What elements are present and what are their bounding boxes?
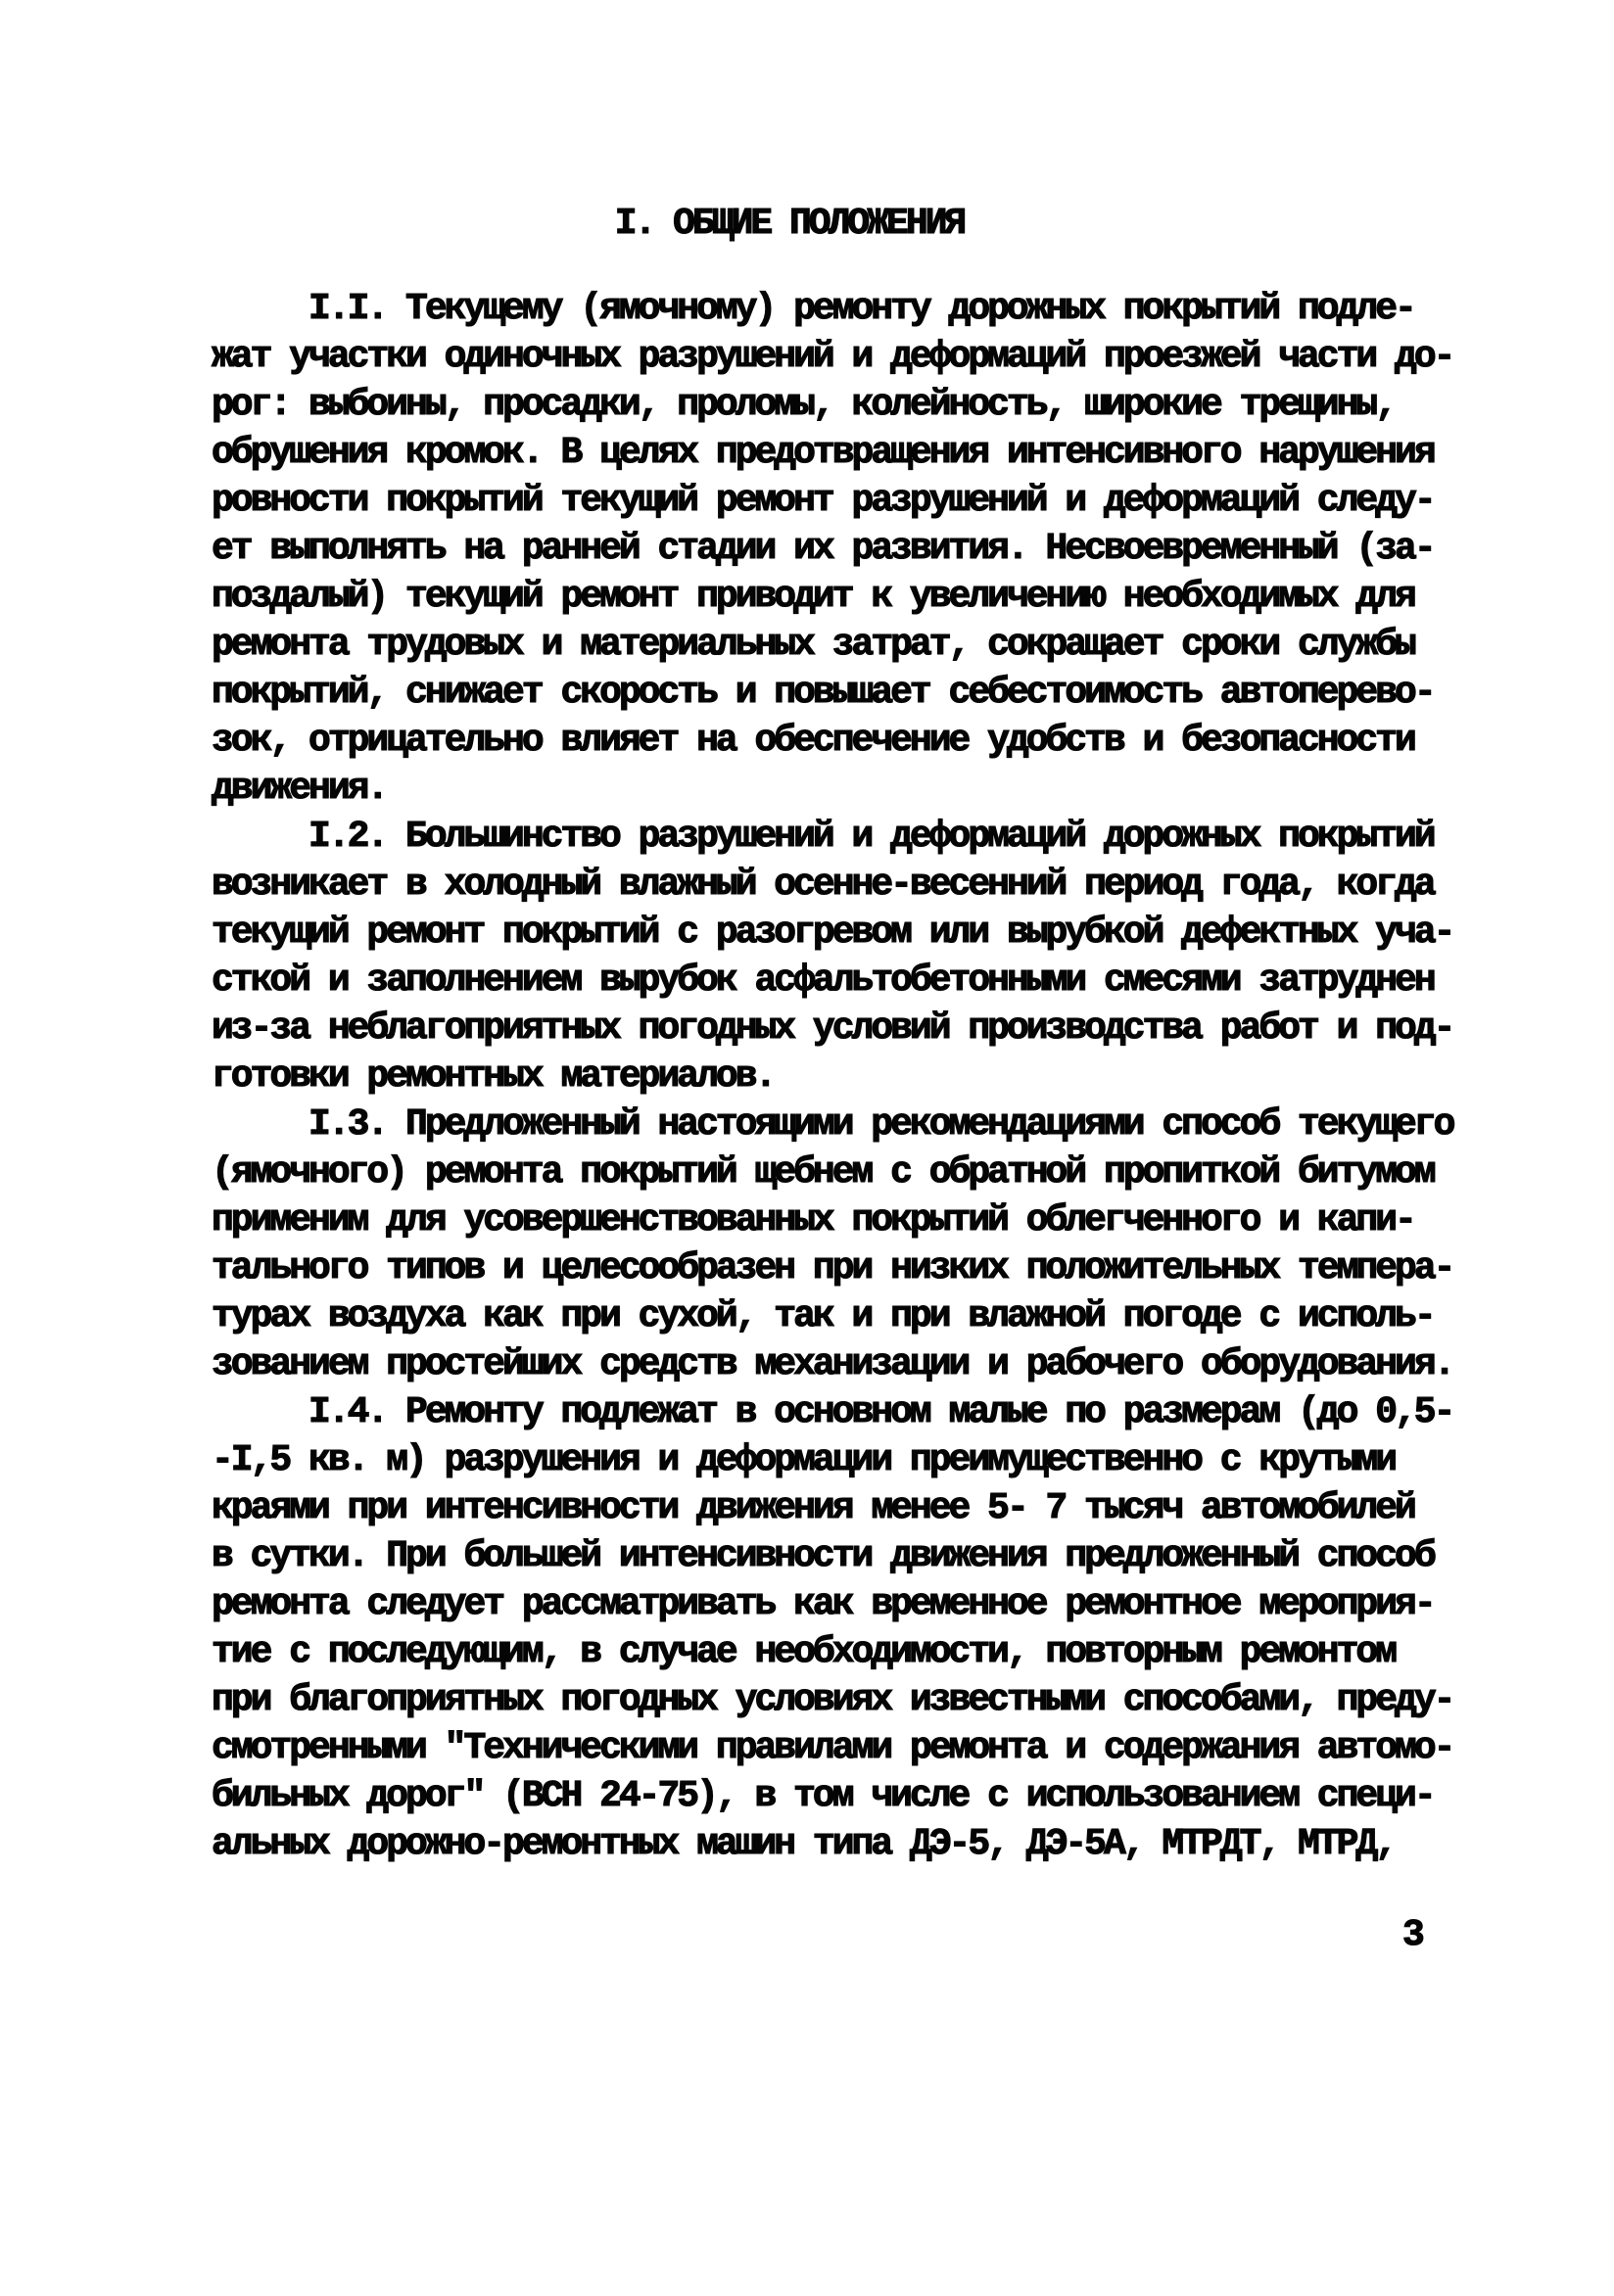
- text-line: тального типов и целесообразен при низки…: [212, 1244, 1524, 1292]
- text-line: ремонта трудовых и материальных затрат, …: [212, 621, 1524, 669]
- paragraph-1-4: I.4. Ремонту подлежат в основном малые п…: [212, 1388, 1524, 1868]
- text-line: обрушения кромок. В целях предотвращения…: [212, 429, 1524, 477]
- document-body: I.I. Текущему (ямочному) ремонту дорожны…: [212, 285, 1524, 1868]
- text-line: зок, отрицательно влияет на обеспечение …: [212, 717, 1524, 765]
- text-line: ровности покрытий текущий ремонт разруше…: [212, 477, 1524, 525]
- text-line: сткой и заполнением вырубок асфальтобето…: [212, 957, 1524, 1005]
- text-line: ремонта следует рассматривать как времен…: [212, 1580, 1524, 1628]
- text-line: рог: выбоины, просадки, проломы, колейно…: [212, 381, 1524, 429]
- scanned-document-page: I. ОБЩИЕ ПОЛОЖЕНИЯ I.I. Текущему (ямочно…: [0, 0, 1614, 2296]
- paragraph-1-3: I.3. Предложенный настоящими рекомендаци…: [212, 1101, 1524, 1388]
- text-line: движения.: [212, 765, 1524, 813]
- text-line: поздалый) текущий ремонт приводит к увел…: [212, 573, 1524, 621]
- text-line: бильных дорог" (ВСН 24-75), в том числе …: [212, 1772, 1524, 1820]
- page-title: I. ОБЩИЕ ПОЛОЖЕНИЯ: [212, 200, 1455, 248]
- text-line: возникает в холодный влажный осенне-весе…: [212, 861, 1524, 909]
- text-line: I.3. Предложенный настоящими рекомендаци…: [212, 1101, 1524, 1148]
- text-line: готовки ремонтных материалов.: [212, 1053, 1524, 1101]
- paragraph-1-2: I.2. Большинство разрушений и деформаций…: [212, 813, 1524, 1101]
- text-line: (ямочного) ремонта покрытий щебнем с обр…: [212, 1148, 1524, 1196]
- page-number: 3: [1402, 1911, 1422, 1959]
- text-line: ет выполнять на ранней стадии их развити…: [212, 525, 1524, 573]
- text-line: смотренными "Техническими правилами ремо…: [212, 1724, 1524, 1772]
- text-line: -I,5 кв. м) разрушения и деформации преи…: [212, 1436, 1524, 1484]
- text-line: в сутки. При большей интенсивности движе…: [212, 1532, 1524, 1580]
- text-line: из-за неблагоприятных погодных условий п…: [212, 1005, 1524, 1053]
- paragraph-1-1: I.I. Текущему (ямочному) ремонту дорожны…: [212, 285, 1524, 813]
- text-line: альных дорожно-ремонтных машин типа ДЭ-5…: [212, 1820, 1524, 1868]
- text-line: I.4. Ремонту подлежат в основном малые п…: [212, 1388, 1524, 1436]
- text-line: I.I. Текущему (ямочному) ремонту дорожны…: [212, 285, 1524, 333]
- text-line: покрытий, снижает скорость и повышает се…: [212, 669, 1524, 717]
- text-line: зованием простейших средств механизации …: [212, 1340, 1524, 1388]
- text-line: текущий ремонт покрытий с разогревом или…: [212, 909, 1524, 957]
- text-line: тие с последующим, в случае необходимост…: [212, 1628, 1524, 1676]
- text-line: краями при интенсивности движения менее …: [212, 1484, 1524, 1532]
- text-line: турах воздуха как при сухой, так и при в…: [212, 1292, 1524, 1340]
- text-line: I.2. Большинство разрушений и деформаций…: [212, 813, 1524, 861]
- text-line: при благоприятных погодных условиях изве…: [212, 1676, 1524, 1724]
- text-line: применим для усовершенствованных покрыти…: [212, 1196, 1524, 1244]
- text-line: жат участки одиночных разрушений и дефор…: [212, 333, 1524, 381]
